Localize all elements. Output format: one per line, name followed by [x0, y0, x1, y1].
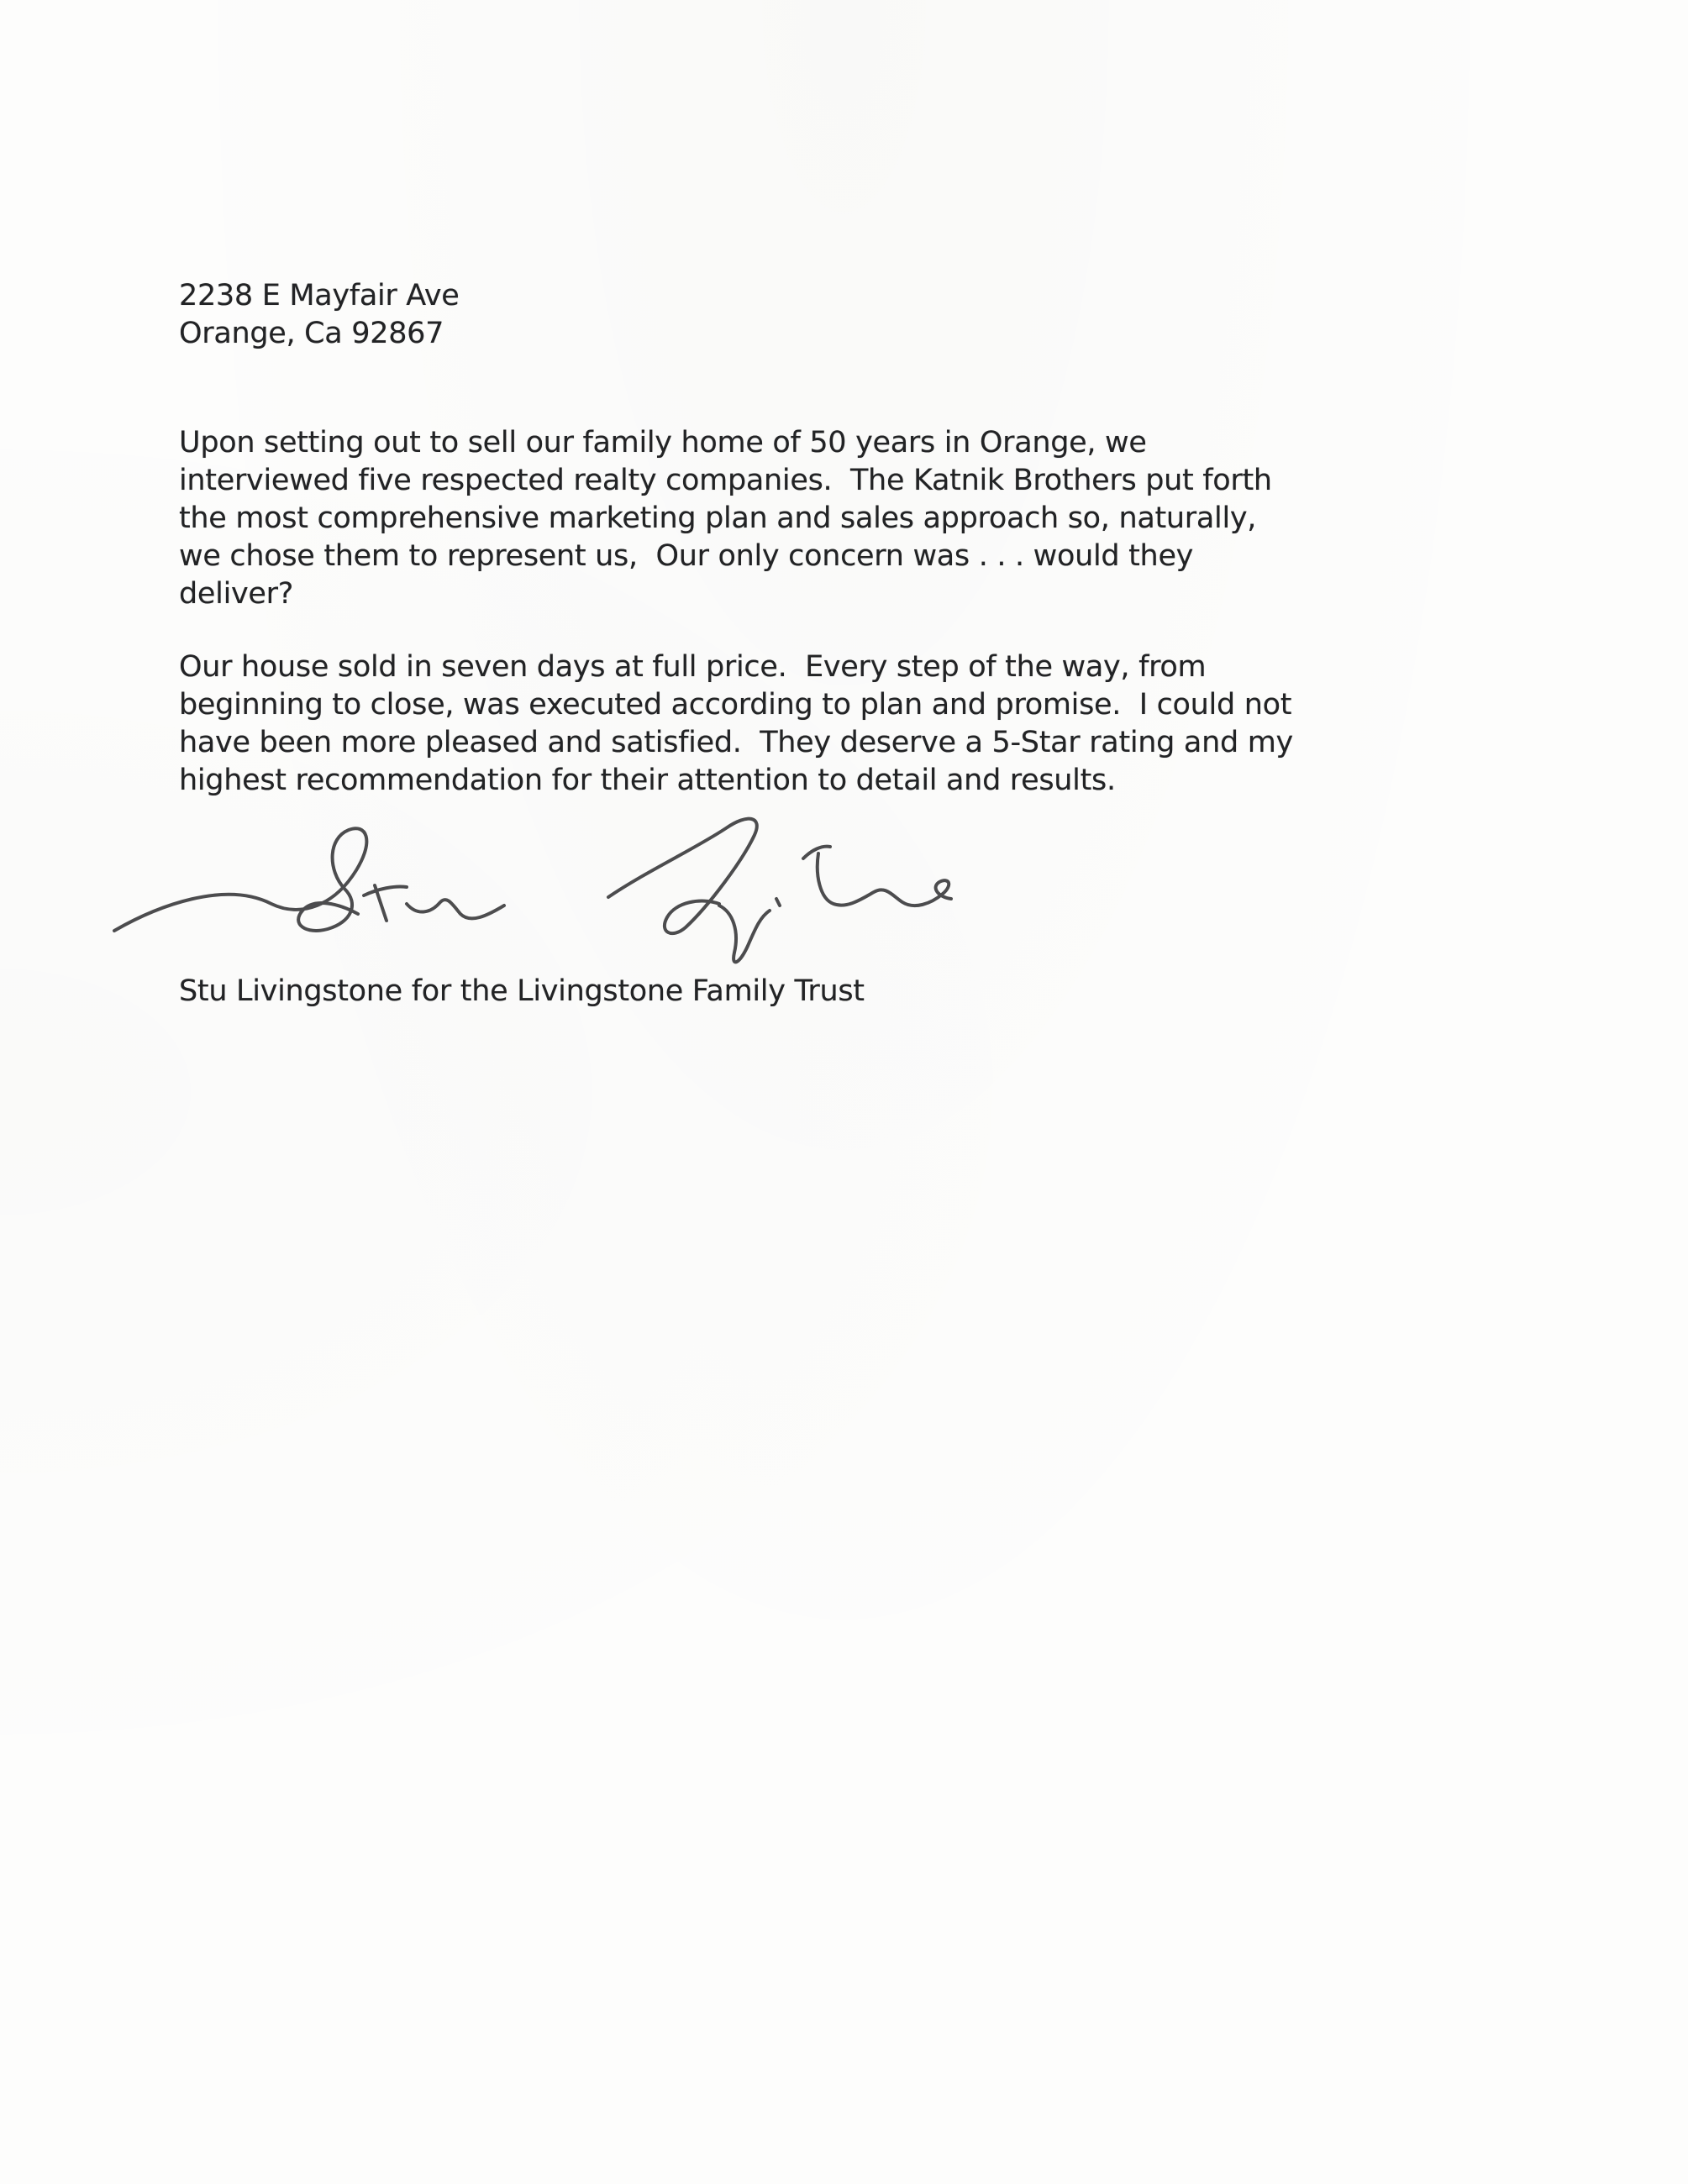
signoff: Stu Livingstone for the Livingstone Fami…: [179, 973, 865, 1011]
paragraph-2-line: highest recommendation for their attenti…: [179, 762, 1293, 800]
paragraph-1-line: interviewed five respected realty compan…: [179, 462, 1272, 500]
body-paragraph-1: Upon setting out to sell our family home…: [179, 424, 1272, 613]
signoff-line: Stu Livingstone for the Livingstone Fami…: [179, 973, 865, 1011]
paragraph-2-line: Our house sold in seven days at full pri…: [179, 648, 1293, 686]
letter-page: 2238 E Mayfair Ave Orange, Ca 92867 Upon…: [0, 0, 1688, 2184]
paragraph-1-line: deliver?: [179, 575, 1272, 613]
paragraph-2-line: have been more pleased and satisfied. Th…: [179, 724, 1293, 762]
body-paragraph-2: Our house sold in seven days at full pri…: [179, 648, 1293, 800]
paragraph-1-line: Upon setting out to sell our family home…: [179, 424, 1272, 462]
address-line-1: 2238 E Mayfair Ave: [179, 277, 460, 315]
paragraph-1-line: we chose them to represent us, Our only …: [179, 538, 1272, 575]
signature-image: [108, 805, 965, 981]
paragraph-1-line: the most comprehensive marketing plan an…: [179, 500, 1272, 538]
paragraph-2-line: beginning to close, was executed accordi…: [179, 686, 1293, 724]
address-line-2: Orange, Ca 92867: [179, 315, 460, 353]
sender-address: 2238 E Mayfair Ave Orange, Ca 92867: [179, 277, 460, 353]
handwritten-signature: [108, 805, 965, 981]
